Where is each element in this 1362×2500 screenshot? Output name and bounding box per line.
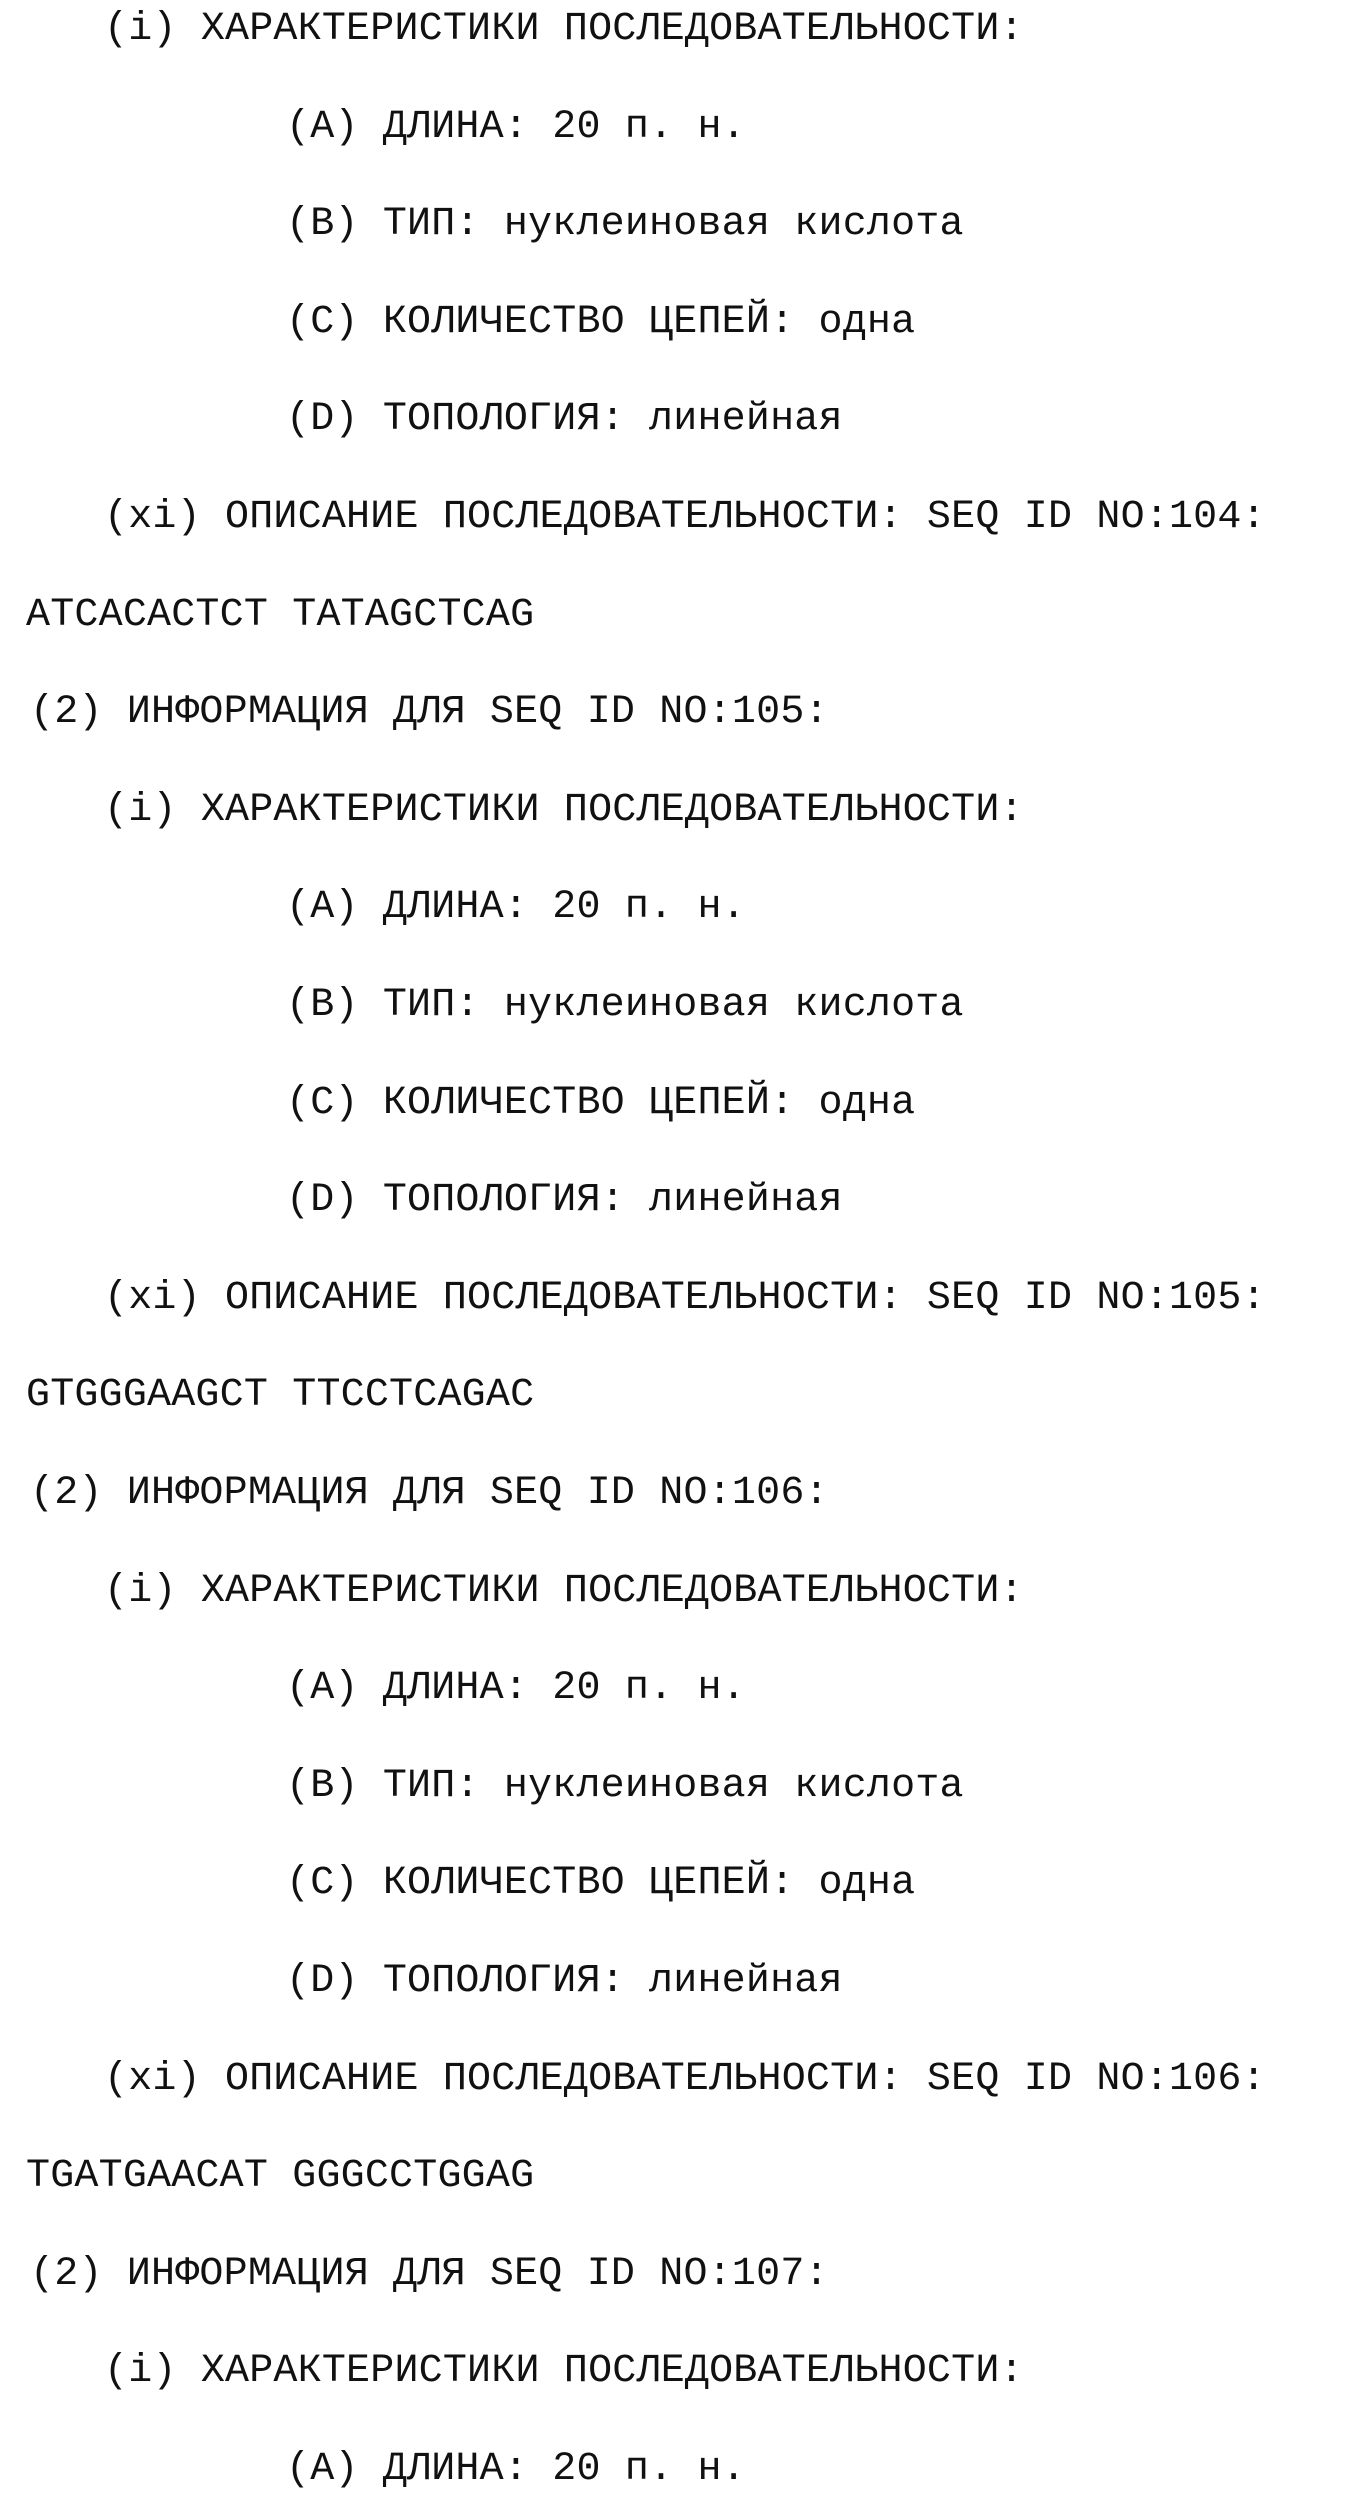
seq-info-entry-heading: (2) ИНФОРМАЦИЯ ДЛЯ SEQ ID NO:105: (30, 689, 829, 737)
type-field: (B) ТИП: нуклеиновая кислота (286, 982, 964, 1030)
sequence-characteristics-heading: (i) ХАРАКТЕРИСТИКИ ПОСЛЕДОВАТЕЛЬНОСТИ: (104, 1568, 1024, 1616)
sequence-characteristics-heading: (i) ХАРАКТЕРИСТИКИ ПОСЛЕДОВАТЕЛЬНОСТИ: (104, 6, 1024, 54)
sequence-description-heading: (xi) ОПИСАНИЕ ПОСЛЕДОВАТЕЛЬНОСТИ: SEQ ID… (104, 2056, 1266, 2104)
seq-info-entry-heading: (2) ИНФОРМАЦИЯ ДЛЯ SEQ ID NO:107: (30, 2251, 829, 2299)
length-field: (A) ДЛИНА: 20 п. н. (286, 884, 746, 932)
sequence-characteristics-heading: (i) ХАРАКТЕРИСТИКИ ПОСЛЕДОВАТЕЛЬНОСТИ: (104, 787, 1024, 835)
sequence-description-heading: (xi) ОПИСАНИЕ ПОСЛЕДОВАТЕЛЬНОСТИ: SEQ ID… (104, 1275, 1266, 1323)
topology-field: (D) ТОПОЛОГИЯ: линейная (286, 1958, 843, 2006)
sequence-text: GTGGGAAGCT TTCCTCAGAC (26, 1372, 534, 1420)
sequence-characteristics-heading: (i) ХАРАКТЕРИСТИКИ ПОСЛЕДОВАТЕЛЬНОСТИ: (104, 2348, 1024, 2396)
topology-field: (D) ТОПОЛОГИЯ: линейная (286, 396, 843, 444)
length-field: (A) ДЛИНА: 20 п. н. (286, 2446, 746, 2494)
type-field: (B) ТИП: нуклеиновая кислота (286, 1763, 964, 1811)
sequence-text: TGATGAACAT GGGCCTGGAG (26, 2153, 534, 2201)
sequence-text: ATCACACTCT TATAGCTCAG (26, 592, 534, 640)
length-field: (A) ДЛИНА: 20 п. н. (286, 104, 746, 152)
seq-info-entry-heading: (2) ИНФОРМАЦИЯ ДЛЯ SEQ ID NO:106: (30, 1470, 829, 1518)
strandedness-field: (C) КОЛИЧЕСТВО ЦЕПЕЙ: одна (286, 1860, 915, 1908)
type-field: (B) ТИП: нуклеиновая кислота (286, 201, 964, 249)
length-field: (A) ДЛИНА: 20 п. н. (286, 1665, 746, 1713)
document-page: (i) ХАРАКТЕРИСТИКИ ПОСЛЕДОВАТЕЛЬНОСТИ: (… (0, 0, 1362, 2500)
strandedness-field: (C) КОЛИЧЕСТВО ЦЕПЕЙ: одна (286, 299, 915, 347)
topology-field: (D) ТОПОЛОГИЯ: линейная (286, 1177, 843, 1225)
sequence-description-heading: (xi) ОПИСАНИЕ ПОСЛЕДОВАТЕЛЬНОСТИ: SEQ ID… (104, 494, 1266, 542)
strandedness-field: (C) КОЛИЧЕСТВО ЦЕПЕЙ: одна (286, 1080, 915, 1128)
